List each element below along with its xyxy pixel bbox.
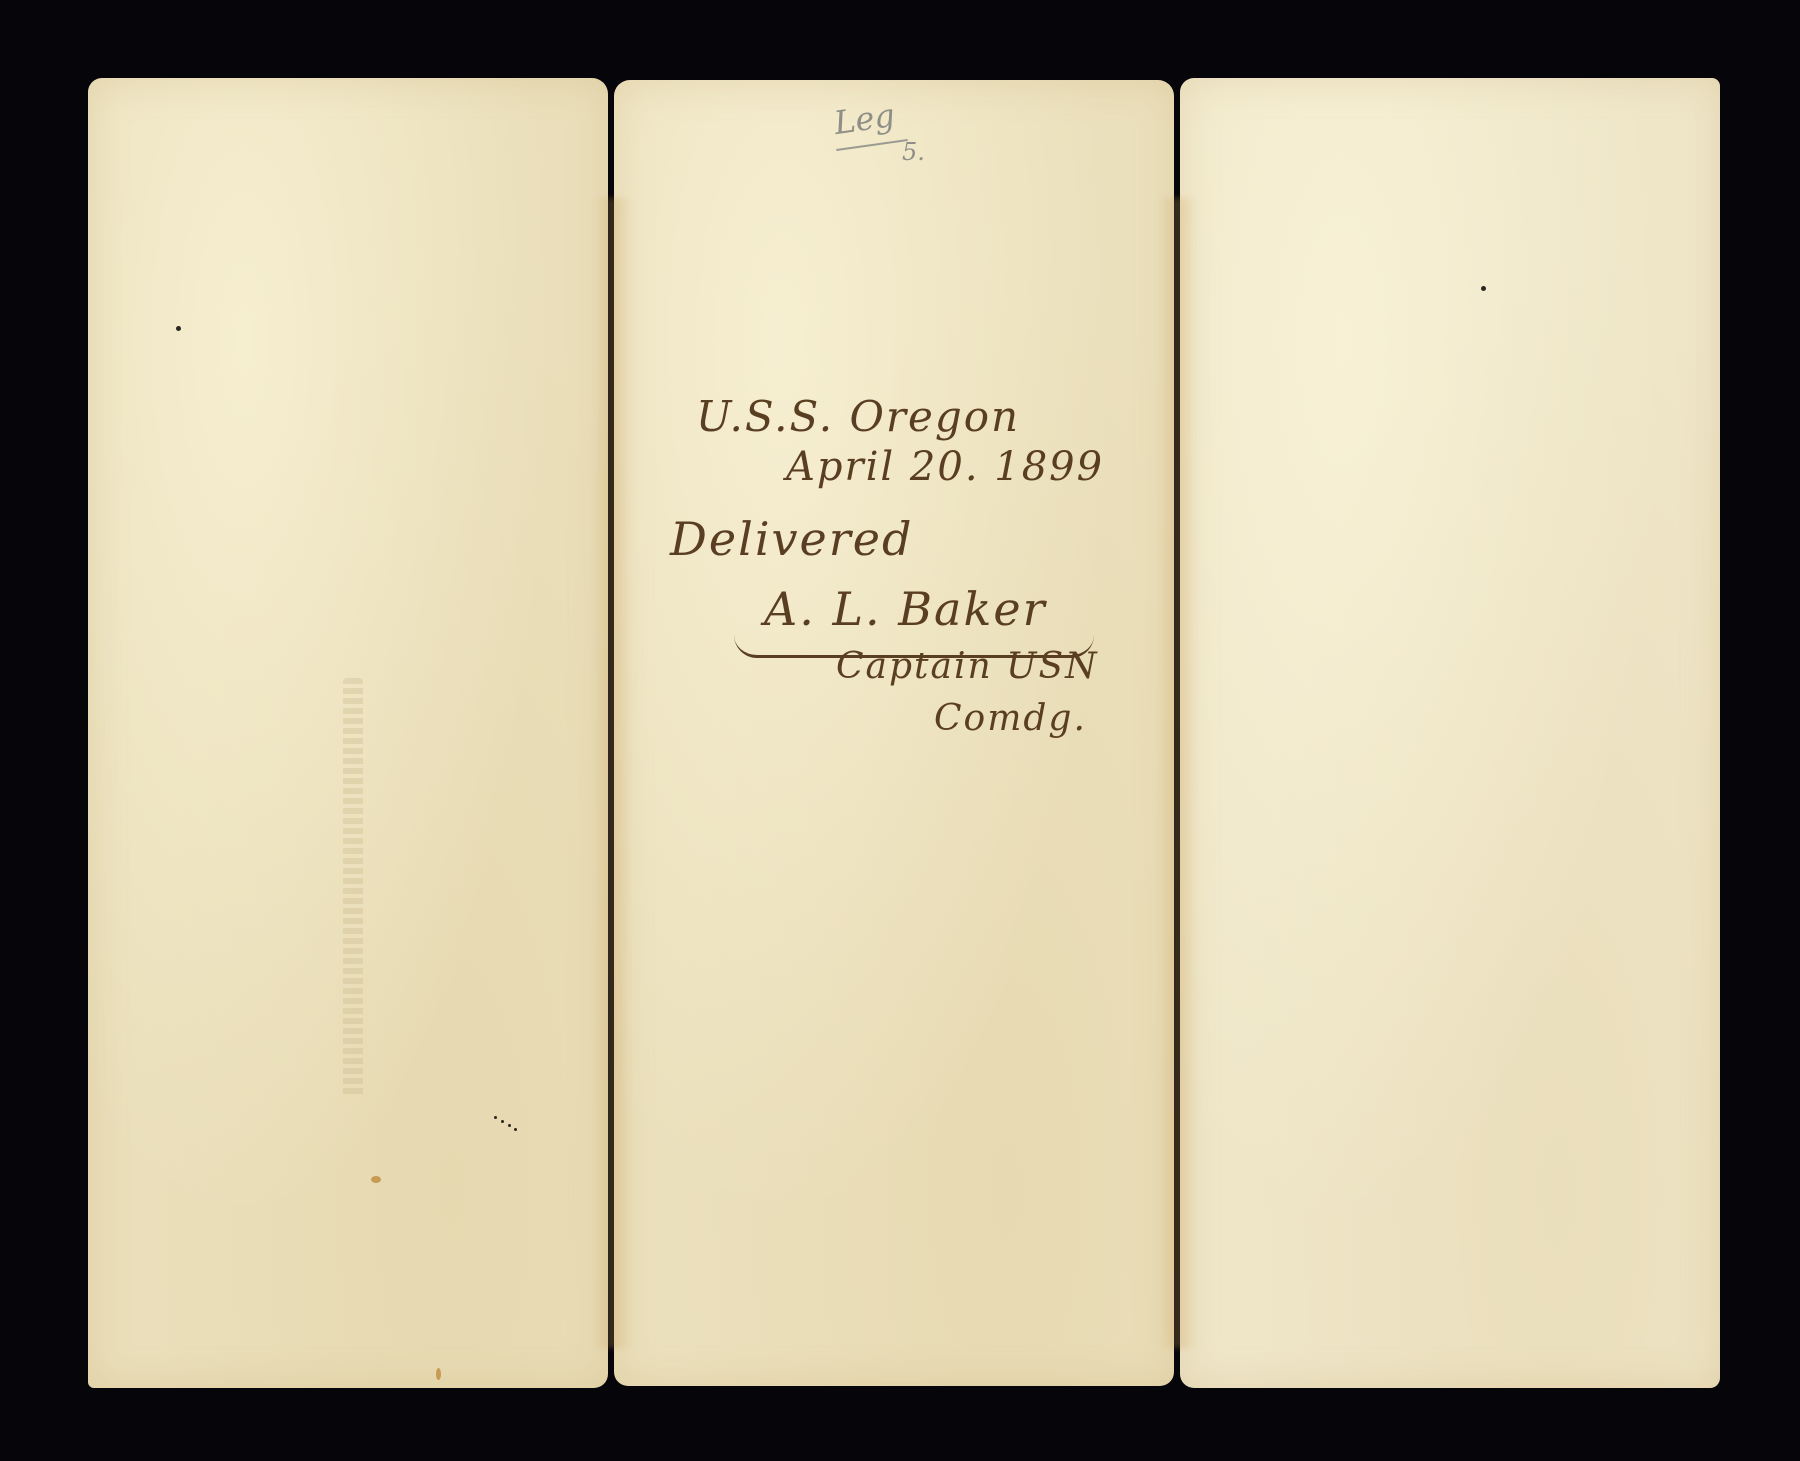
docket-date: April 20. 1899 <box>786 444 1104 490</box>
docket-signature: A. L. Baker <box>764 582 1047 636</box>
pencil-underline <box>836 139 908 151</box>
pencil-note-line2: 5. <box>902 138 925 166</box>
ink-spot <box>501 1120 504 1123</box>
docket-ship: U.S.S. Oregon <box>696 392 1020 441</box>
ink-spot <box>494 1116 497 1119</box>
bleed-through-text <box>343 678 363 1098</box>
right-panel <box>1180 78 1720 1388</box>
docket-title: Captain USN <box>836 646 1099 687</box>
ink-spot <box>514 1128 517 1131</box>
pencil-note-line1: Leg <box>832 96 897 142</box>
docket-role: Comdg. <box>934 698 1087 739</box>
middle-panel: Leg 5. U.S.S. Oregon April 20. 1899 Deli… <box>614 80 1174 1386</box>
fold-stain-left <box>593 198 633 1348</box>
left-panel <box>88 78 608 1388</box>
ink-spot <box>176 326 181 331</box>
folded-letter: Leg 5. U.S.S. Oregon April 20. 1899 Deli… <box>88 78 1720 1388</box>
fold-stain-right <box>1158 198 1198 1348</box>
foxing-spot <box>371 1176 381 1183</box>
ink-spot <box>1481 286 1486 291</box>
foxing-spot <box>436 1368 441 1380</box>
ink-spot <box>508 1124 511 1127</box>
docket-status: Delivered <box>670 512 913 566</box>
